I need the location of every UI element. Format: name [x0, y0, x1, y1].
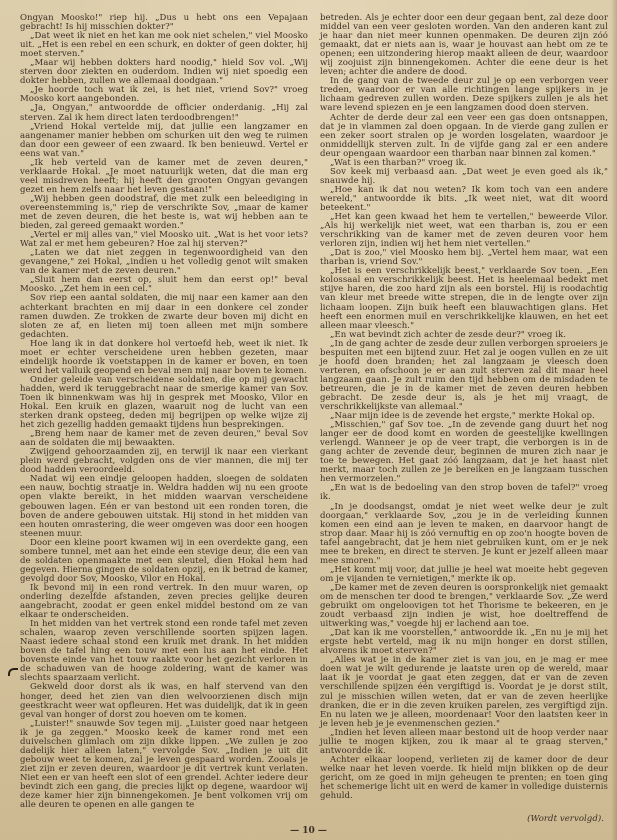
paragraph: „Het kan geen kwaad het hem te vertellen… [320, 213, 608, 249]
paragraph: Achter elkaar loopend, verlieten zij de … [320, 756, 608, 801]
paragraph: „De kamer met de zeven deuren is oorspro… [320, 584, 608, 629]
paragraph: „Dat kan ik me voorstellen," antwoordde … [320, 629, 608, 656]
paragraph: „Dat weet ik niet en het kan me ook niet… [20, 32, 308, 59]
margin-mark-icon [8, 668, 18, 676]
paragraph: „Laten we dat niet zeggen in tegenwoordi… [20, 249, 308, 276]
paragraph: „Wij hebben geen doodstraf, die met zulk… [20, 195, 308, 231]
paragraph: „Dat is zoo," viel Moosko hem bij. „Vert… [320, 249, 608, 267]
left-column: Ongyan Moosko!" riep hij. „Dus u hebt on… [20, 14, 308, 794]
paragraph: Door een kleine poort kwamen wij in een … [20, 539, 308, 584]
paragraph: Hoe lang ik in dat donkere hol vertoefd … [20, 340, 308, 376]
paragraph: Nadat wij een eindje geloopen hadden, sl… [20, 475, 308, 538]
paragraph: „Misschien," gaf Sov toe. „In de zevende… [320, 421, 608, 484]
paragraph: „Breng hem naar de kamer met de zeven de… [20, 430, 308, 448]
paragraph: „Hoe kan ik dat nou weten? Ik kom toch v… [320, 186, 608, 213]
paragraph: In de gang van de tweede deur zul je op … [320, 77, 608, 113]
paragraph: „Alles wat je in de kamer ziet is van jo… [320, 656, 608, 728]
paragraph: betreden. Als je echter door een deur ge… [320, 14, 608, 77]
paragraph: Ongyan Moosko!" riep hij. „Dus u hebt on… [20, 14, 308, 32]
page-number: — 10 — [0, 826, 617, 836]
paragraph: Achter de derde deur zal een veer een ga… [320, 114, 608, 159]
paragraph: Zwijgend gehoorzaamden zij, en terwijl i… [20, 448, 308, 475]
paragraph: Sov keek mij verbaasd aan. „Dat weet je … [320, 168, 608, 186]
paragraph: „In de gang achter de zesde deur zullen … [320, 340, 608, 412]
paragraph: „Ja, Ongyan," antwoordde de officier ond… [20, 104, 308, 122]
paragraph: Onder geleide van verscheidene soldaten,… [20, 376, 308, 430]
paragraph: „En wat is de bedoeling van den strop bo… [320, 484, 608, 502]
paragraph: „Vertel er mij alles van," viel Moosko u… [20, 231, 308, 249]
paragraph: In het midden van het vertrek stond een … [20, 620, 308, 683]
paragraph: „Je hoorde toch wat ik zei, is het niet,… [20, 86, 308, 104]
paragraph: „Sluit hem dan eerst op, sluit hem dan e… [20, 276, 308, 294]
paragraph: „Vriend Hokal vertelde mij, dat jullie e… [20, 123, 308, 159]
continued-note: (Wordt vervolgd). [320, 815, 608, 824]
paragraph: „Ik heb verteld van de kamer met de zeve… [20, 159, 308, 195]
right-column: betreden. Als je echter door een deur ge… [320, 14, 608, 794]
paragraph: „In je doodsangst, omdat je niet weet we… [320, 503, 608, 566]
paragraph: „Luister!" snauwde Sov tegen mij. „Luist… [20, 720, 308, 810]
paragraph: „Indien het leven alleen maar bestond ui… [320, 729, 608, 756]
magazine-page: Ongyan Moosko!" riep hij. „Dus u hebt on… [20, 14, 608, 794]
paragraph: „Het is een verschrikkelijk beest," verk… [320, 267, 608, 330]
paragraph: Sov riep een aantal soldaten, die mij na… [20, 294, 308, 339]
page-edge-shadow [611, 0, 617, 840]
paragraph: Gekweld door dorst als ik was, en half s… [20, 683, 308, 719]
paragraph: „Maar wij hebben dokters hard noodig," h… [20, 59, 308, 86]
paragraph: „Het komt mij voor, dat jullie je heel w… [320, 566, 608, 584]
paragraph: Ik bevond mij in een rond vertrek. In de… [20, 584, 308, 620]
